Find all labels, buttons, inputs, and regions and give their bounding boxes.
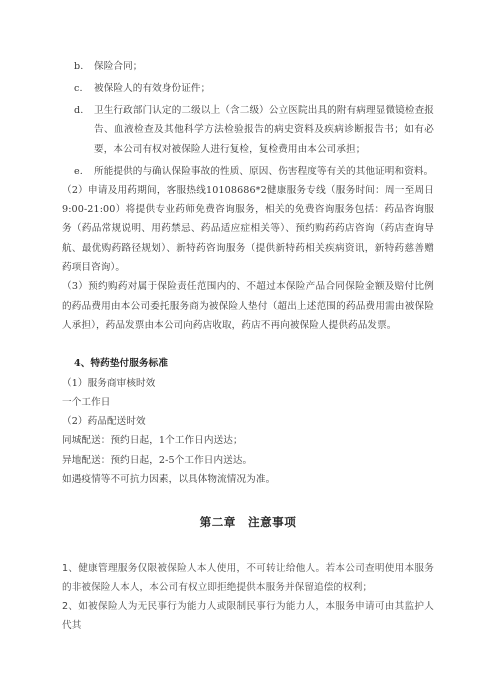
paragraph-advance-payment: （3）预约购药对属于保险责任范围内的、不超过本保险产品合同保险金额及赔付比例的药…: [62, 277, 434, 335]
note-paragraph-2: 2、如被保险人为无民事行为能力人或限制民事行为能力人，本服务申请可由其监护人代其: [62, 597, 434, 635]
list-item-text: 所能提供的与确认保险事故的性质、原因、伤害程度等有关的其他证明和资料。: [94, 162, 434, 181]
service-line-force-majeure: 如遇疫情等不可抗力因素，以具体物流情况为准。: [62, 470, 434, 489]
document-body: b. 保险合同； c. 被保险人的有效身份证件； d. 卫生行政部门认定的二级以…: [62, 57, 434, 635]
service-line-same-city: 同城配送：预约日起，1个工作日内送达；: [62, 431, 434, 450]
list-item-text: 卫生行政部门认定的二级以上（含二级）公立医院出具的附有病理显微镜检查报告、血液检…: [94, 101, 434, 159]
service-line-review-title: （1）服务商审核时效: [62, 374, 434, 393]
list-item-marker: c.: [62, 79, 94, 98]
evidence-list: b. 保险合同； c. 被保险人的有效身份证件； d. 卫生行政部门认定的二级以…: [62, 57, 434, 181]
service-line-review-time: 一个工作日: [62, 393, 434, 412]
section-4-heading: 4、特药垫付服务标准: [62, 354, 434, 373]
list-item-marker: b.: [62, 57, 94, 76]
list-item-text: 保险合同；: [94, 57, 434, 76]
list-item-b: b. 保险合同；: [62, 57, 434, 76]
paragraph-application-period: （2）申请及用药期间，客服热线10108686*2健康服务专线（服务时间：周一至…: [62, 181, 434, 277]
list-item-marker: d.: [62, 101, 94, 159]
list-item-e: e. 所能提供的与确认保险事故的性质、原因、伤害程度等有关的其他证明和资料。: [62, 162, 434, 181]
list-item-text: 被保险人的有效身份证件；: [94, 79, 434, 98]
service-line-delivery-title: （2）药品配送时效: [62, 412, 434, 431]
list-item-d: d. 卫生行政部门认定的二级以上（含二级）公立医院出具的附有病理显微镜检查报告、…: [62, 101, 434, 159]
note-paragraph-1: 1、健康管理服务仅限被保险人本人使用，不可转让给他人。若本公司查明使用本服务的非…: [62, 559, 434, 597]
list-item-c: c. 被保险人的有效身份证件；: [62, 79, 434, 98]
list-item-marker: e.: [62, 162, 94, 181]
chapter-heading: 第二章 注意事项: [62, 513, 434, 532]
document-page: b. 保险合同； c. 被保险人的有效身份证件； d. 卫生行政部门认定的二级以…: [0, 0, 495, 700]
service-line-other-city: 异地配送：预约日起，2-5个工作日内送达。: [62, 451, 434, 470]
